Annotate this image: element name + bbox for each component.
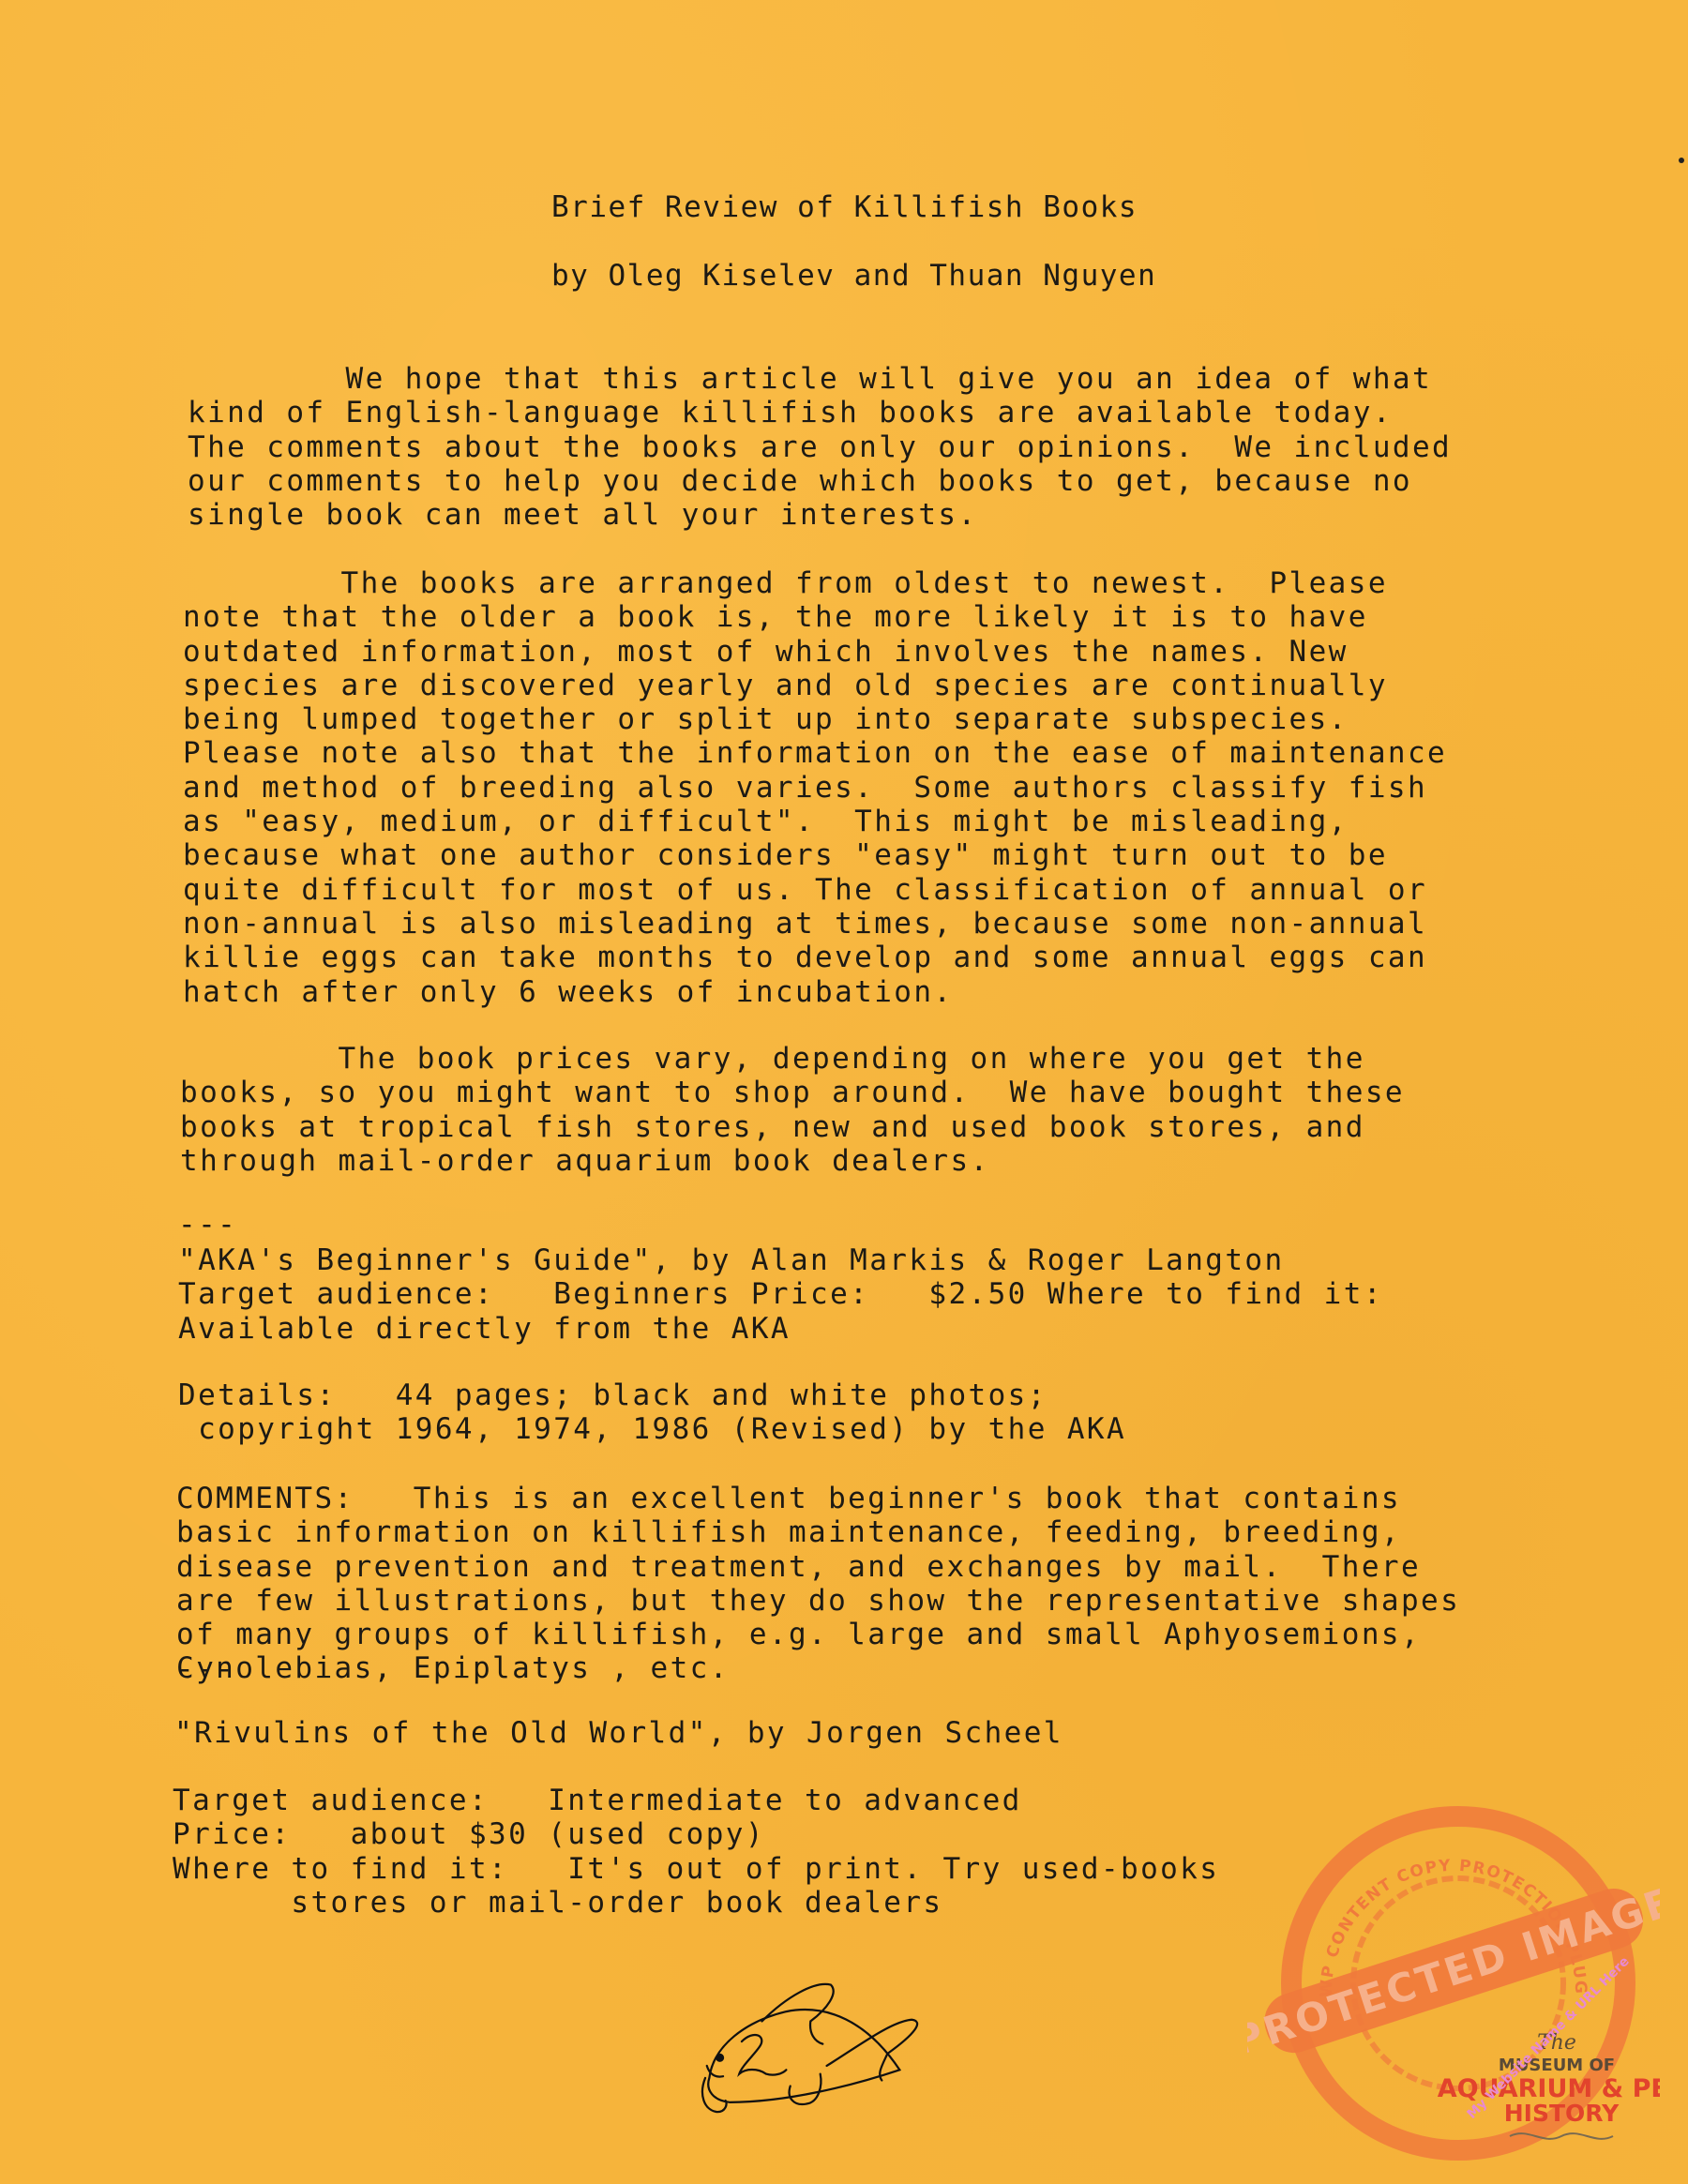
document-title: Brief Review of Killifish Books xyxy=(551,190,1138,224)
separator: --- xyxy=(176,1652,235,1686)
book-1-comments: COMMENTS: This is an excellent beginner'… xyxy=(176,1482,1460,1686)
book-2-heading: "Rivulins of the Old World", by Jorgen S… xyxy=(174,1716,1063,1750)
intro-paragraph-1: We hope that this article will give you … xyxy=(188,362,1452,532)
book-1-heading: "AKA's Beginner's Guide", by Alan Markis… xyxy=(178,1243,1383,1346)
intro-paragraph-3: The book prices vary, depending on where… xyxy=(180,1042,1405,1178)
book-1-details: Details: 44 pages; black and white photo… xyxy=(178,1378,1126,1447)
speck-mark xyxy=(1679,158,1684,163)
protected-image-watermark: WP CONTENT COPY PROTECTION PLUGIN PROTEC… xyxy=(1247,1782,1660,2176)
svg-text:HISTORY: HISTORY xyxy=(1504,2100,1620,2127)
intro-paragraph-2: The books are arranged from oldest to ne… xyxy=(183,566,1447,1009)
document-page: Brief Review of Killifish Books by Oleg … xyxy=(0,0,1688,2184)
book-2-info: Target audience: Intermediate to advance… xyxy=(173,1784,1219,1920)
fish-doodle-icon xyxy=(656,1965,957,2143)
document-authors: by Oleg Kiselev and Thuan Nguyen xyxy=(551,259,1156,293)
separator: --- xyxy=(178,1208,237,1242)
